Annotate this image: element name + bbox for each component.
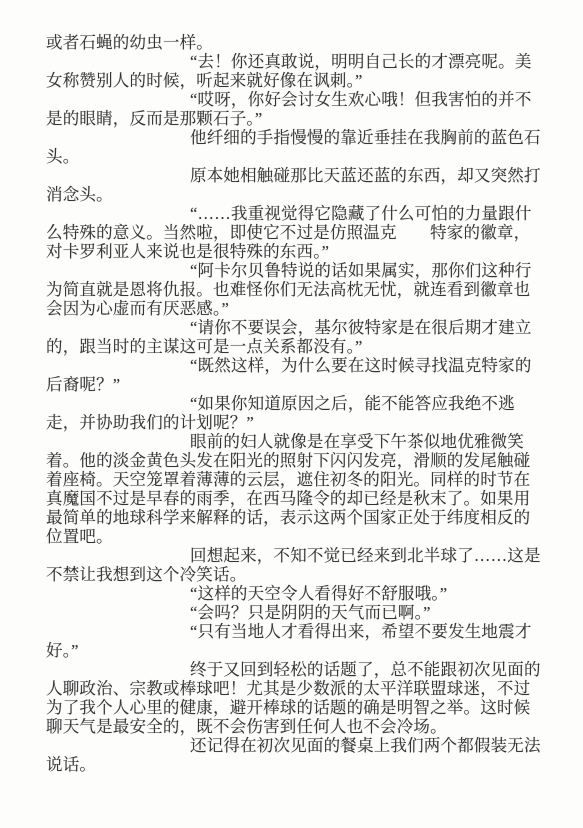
- text-line: “去！你还真敢说，明明自己长的才漂亮呢。美: [46, 52, 544, 71]
- text-line: 真魔国不过是早春的雨季，在西马隆令的却已经是秋末了。如果用: [46, 489, 544, 508]
- text-line: 女称赞别人的时候，听起来就好像在讽刺。”: [46, 71, 544, 90]
- text-line: 为简直就是恩将仇报。也难怪你们无法高枕无忧，就连看到徽章也: [46, 280, 544, 299]
- text-line: 或者石蝇的幼虫一样。: [46, 33, 544, 52]
- text-line: 聊天气是最安全的，既不会伤害到任何人也不会冷场。: [46, 717, 544, 736]
- text-line: 不禁让我想到这个冷笑话。: [46, 565, 544, 584]
- text-line: 回想起来，不知不觉已经来到北半球了……这是: [46, 546, 544, 565]
- text-line: 位置吧。: [46, 527, 544, 546]
- scanned-page: 或者石蝇的幼虫一样。“去！你还真敢说，明明自己长的才漂亮呢。美女称赞别人的时候，…: [0, 0, 583, 828]
- text-line: 对卡罗利亚人来说也是很特殊的东西。”: [46, 242, 544, 261]
- text-line: 还记得在初次见面的餐桌上我们两个都假装无法: [46, 736, 544, 755]
- text-line: “这样的天空令人看得好不舒服哦。”: [46, 584, 544, 603]
- text-line: 消念头。: [46, 185, 544, 204]
- text-line: 原本她相触碰那比天蓝还蓝的东西，却又突然打: [46, 166, 544, 185]
- text-line: 好。”: [46, 641, 544, 660]
- text-line: 着。他的淡金黄色头发在阳光的照射下闪闪发亮，滑顺的发尾触碰: [46, 451, 544, 470]
- text-line: 后裔呢？”: [46, 375, 544, 394]
- text-line: 眼前的妇人就像是在享受下午茶似地优雅微笑: [46, 432, 544, 451]
- text-line: 会因为心虚而有厌恶感。”: [46, 299, 544, 318]
- text-line: “会吗？只是阴阴的天气而已啊。”: [46, 603, 544, 622]
- text-line: “请你不要误会，基尔彼特家是在很后期才建立: [46, 318, 544, 337]
- text-line: 人聊政治、宗教或棒球吧！尤其是少数派的太平洋联盟球迷，不过: [46, 679, 544, 698]
- text-line: “如果你知道原因之后，能不能答应我绝不逃: [46, 394, 544, 413]
- text-line: 走，并协助我们的计划呢？”: [46, 413, 544, 432]
- text-line: 着座椅。天空笼罩着薄薄的云层，遮住初冬的阳光。同样的时节在: [46, 470, 544, 489]
- page-text-block: 或者石蝇的幼虫一样。“去！你还真敢说，明明自己长的才漂亮呢。美女称赞别人的时候，…: [46, 33, 544, 774]
- text-line: 终于又回到轻松的话题了，总不能跟初次见面的: [46, 660, 544, 679]
- text-line: 么特殊的意义。当然啦，即使它不过是仿照温克 特家的徽章，: [46, 223, 544, 242]
- text-line: 说话。: [46, 755, 544, 774]
- text-line: “只有当地人才看得出来，希望不要发生地震才: [46, 622, 544, 641]
- text-line: 的，跟当时的主谋这可是一点关系都没有。”: [46, 337, 544, 356]
- text-line: 头。: [46, 147, 544, 166]
- text-line: “阿卡尔贝鲁特说的话如果属实，那你们这种行: [46, 261, 544, 280]
- text-line: “既然这样，为什么要在这时候寻找温克特家的: [46, 356, 544, 375]
- text-line: 是的眼睛，反而是那颗石子。”: [46, 109, 544, 128]
- text-line: 他纤细的手指慢慢的靠近垂挂在我胸前的蓝色石: [46, 128, 544, 147]
- text-line: “……我重视觉得它隐藏了什么可怕的力量跟什: [46, 204, 544, 223]
- text-line: “哎呀，你好会讨女生欢心哦！但我害怕的并不: [46, 90, 544, 109]
- text-line: 最简单的地球科学来解释的话，表示这两个国家正处于纬度相反的: [46, 508, 544, 527]
- text-line: 为了我个人心里的健康，避开棒球的话题的确是明智之举。这时候: [46, 698, 544, 717]
